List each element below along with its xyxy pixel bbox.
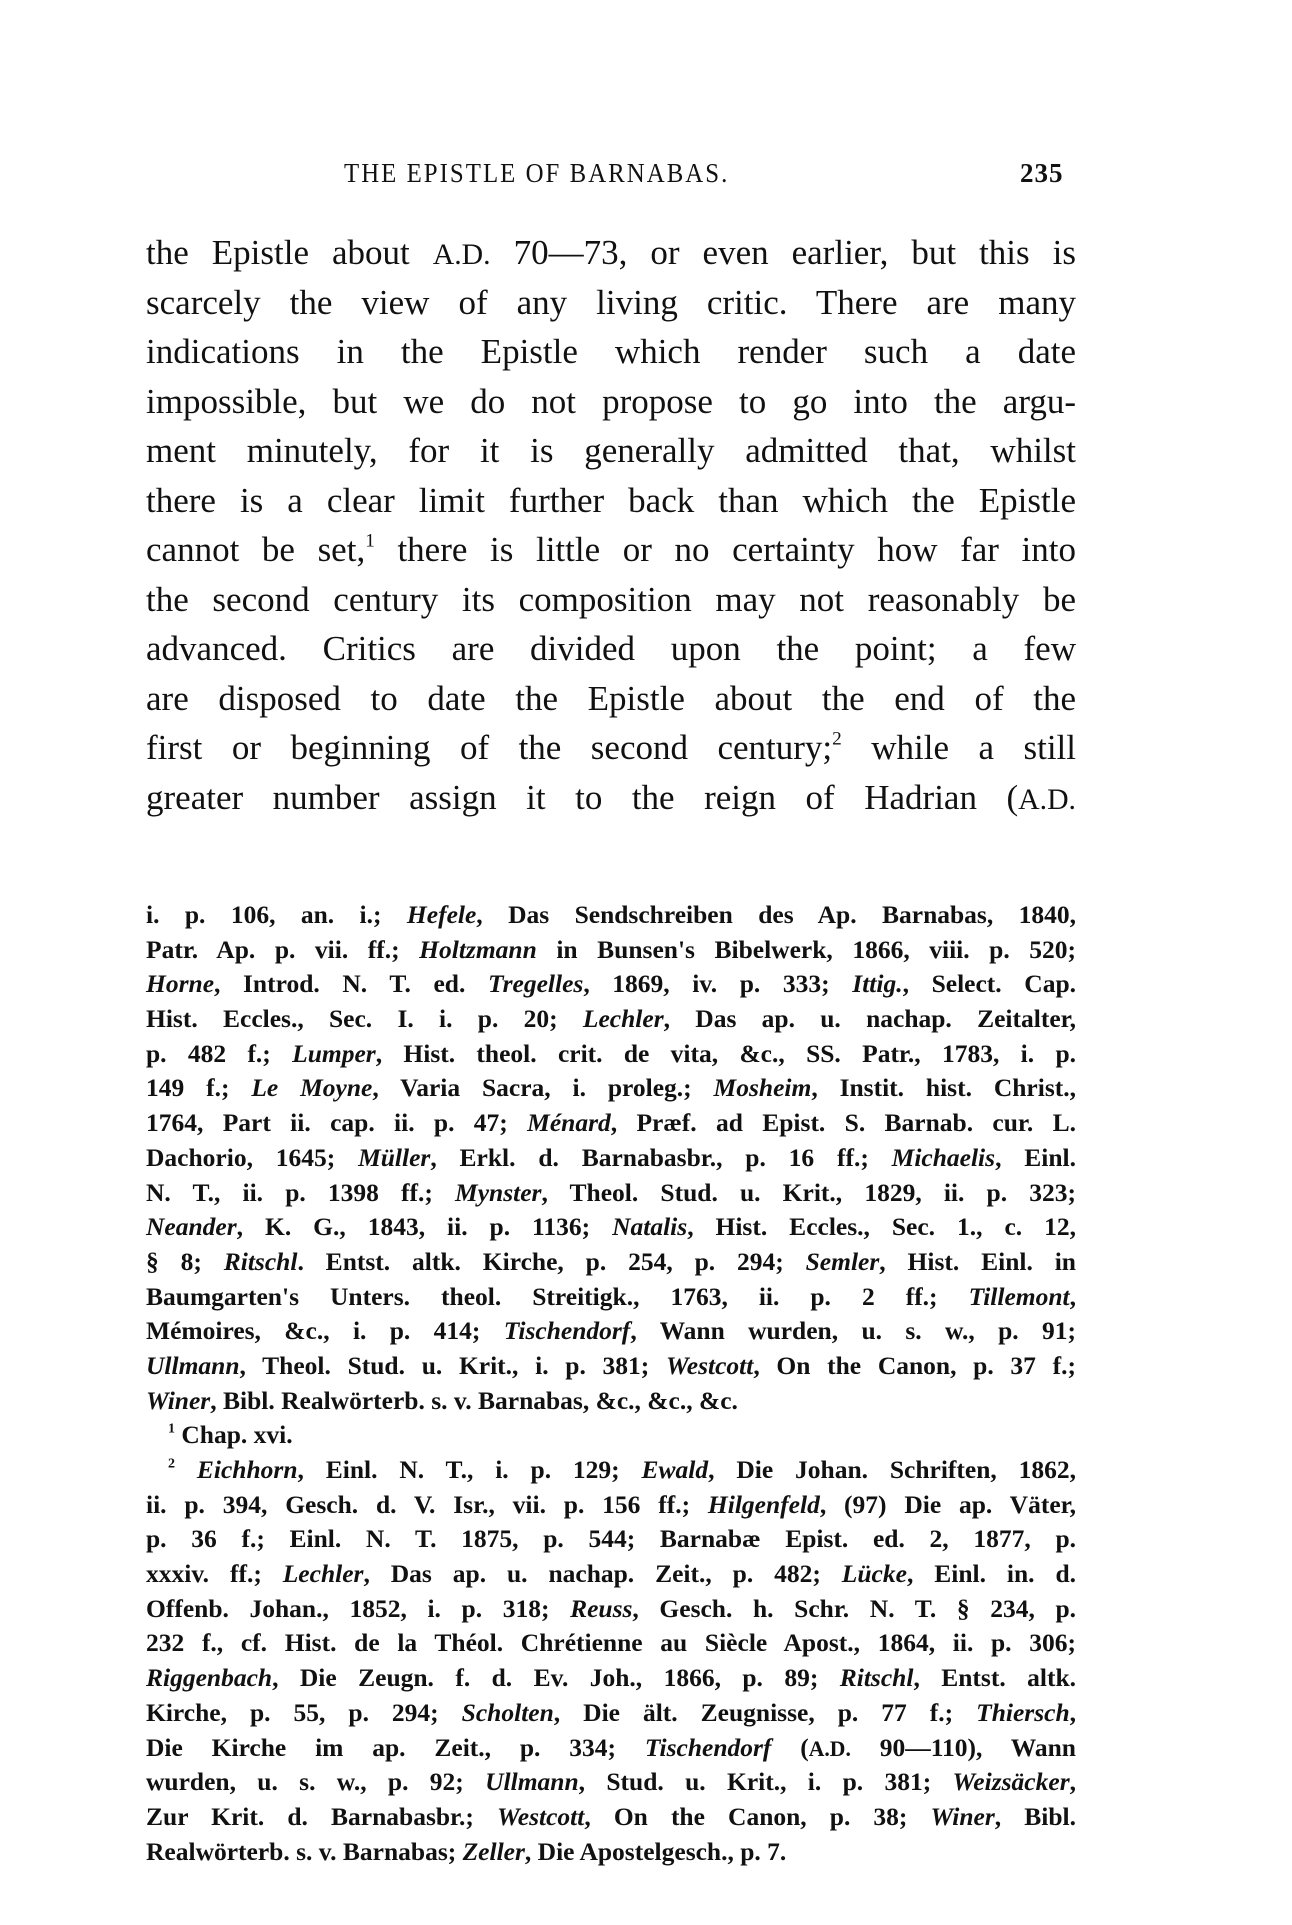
text-run: Mémoires, &c., i. p. 414; (146, 1316, 504, 1345)
body-line: cannot be set,1 there is little or no ce… (146, 525, 1076, 575)
footnote-line: Kirche, p. 55, p. 294; Scholten, Die ält… (146, 1696, 1076, 1731)
text-run: Offenb. Johan., 1852, i. p. 318; (146, 1594, 570, 1623)
author-name: Westcott (497, 1802, 584, 1831)
text-run (175, 1455, 197, 1484)
text-run: Die Kirche im ap. Zeit., p. 334; (146, 1733, 645, 1762)
text-run: p. 36 f.; Einl. N. T. 1875, p. 544; Barn… (146, 1524, 1076, 1553)
text-run: , (97) Die ap. Väter, (820, 1490, 1076, 1519)
footnote-line: Dachorio, 1645; Müller, Erkl. d. Barnaba… (146, 1141, 1076, 1176)
footnote-line: xxxiv. ff.; Lechler, Das ap. u. nachap. … (146, 1557, 1076, 1592)
footnote-line: Offenb. Johan., 1852, i. p. 318; Reuss, … (146, 1592, 1076, 1627)
text-run: , Die ält. Zeugnisse, p. 77 f.; (554, 1698, 976, 1727)
author-name: Scholten (462, 1698, 554, 1727)
text-run: , Das Sendschreiben des Ap. Barnabas, 18… (476, 900, 1076, 929)
footnote-line: wurden, u. s. w., p. 92; Ullmann, Stud. … (146, 1765, 1076, 1800)
author-name: Neander (146, 1212, 237, 1241)
body-line: there is a clear limit further back than… (146, 476, 1076, 526)
body-line: first or beginning of the second century… (146, 723, 1076, 773)
author-name: Le Moyne (251, 1073, 372, 1102)
text-run: there is a clear limit further back than… (146, 481, 1076, 520)
text-run: , (1070, 1767, 1076, 1796)
author-name: Riggenbach (146, 1663, 272, 1692)
text-run: , Die Apostelgesch., p. 7. (525, 1837, 786, 1866)
author-name: Westcott (666, 1351, 753, 1380)
author-name: Thiersch (976, 1698, 1070, 1727)
text-run: 90—110), Wann (851, 1733, 1076, 1762)
text-run: ii. p. 394, Gesch. d. V. Isr., vii. p. 1… (146, 1490, 708, 1519)
text-run: the Epistle about (146, 233, 433, 272)
footnote-line: 1 Chap. xvi. (146, 1418, 1076, 1453)
text-run: 149 f.; (146, 1073, 251, 1102)
footnote-line: p. 36 f.; Einl. N. T. 1875, p. 544; Barn… (146, 1522, 1076, 1557)
text-run: cannot be set, (146, 530, 365, 569)
text-run: Dachorio, 1645; (146, 1143, 358, 1172)
body-line: indications in the Epistle which render … (146, 327, 1076, 377)
text-run: Chap. xvi. (175, 1420, 293, 1449)
footnote-line: Ullmann, Theol. Stud. u. Krit., i. p. 38… (146, 1349, 1076, 1384)
footnote-line: 149 f.; Le Moyne, Varia Sacra, i. proleg… (146, 1071, 1076, 1106)
text-run: there is little or no certainty how far … (375, 530, 1076, 569)
text-run: 70—73, or even earlier, but this is (491, 233, 1076, 272)
text-run: , Præf. ad Epist. S. Barnab. cur. L. (611, 1108, 1076, 1137)
footnote-line: p. 482 f.; Lumper, Hist. theol. crit. de… (146, 1037, 1076, 1072)
author-name: Ewald (642, 1455, 709, 1484)
footnote-marker: 2 (168, 1456, 175, 1471)
body-line: scarcely the view of any living critic. … (146, 278, 1076, 328)
body-line: ment minutely, for it is generally admit… (146, 426, 1076, 476)
text-run: , Gesch. h. Schr. N. T. § 234, p. (632, 1594, 1076, 1623)
text-run: , Einl. in. d. (907, 1559, 1076, 1588)
text-run: . Entst. altk. Kirche, p. 254, p. 294; (297, 1247, 805, 1276)
author-name: Reuss (570, 1594, 632, 1623)
text-run: , Bibl. Realwörterb. s. v. Barnabas, &c.… (210, 1386, 738, 1415)
text-run: , Varia Sacra, i. proleg.; (372, 1073, 713, 1102)
text-run: N. T., ii. p. 1398 ff.; (146, 1178, 455, 1207)
text-run: , On the Canon, p. 37 f.; (753, 1351, 1076, 1380)
footnote-line: Neander, K. G., 1843, ii. p. 1136; Natal… (146, 1210, 1076, 1245)
text-run: , Select. Cap. (903, 969, 1076, 998)
text-run: , Erkl. d. Barnabasbr., p. 16 ff.; (430, 1143, 891, 1172)
page-number: 235 (1020, 158, 1064, 189)
text-run: Zur Krit. d. Barnabasbr.; (146, 1802, 497, 1831)
author-name: Ittig. (852, 969, 902, 998)
body-line: the second century its composition may n… (146, 575, 1076, 625)
text-run: indications in the Epistle which render … (146, 332, 1076, 371)
author-name: Horne (146, 969, 214, 998)
footnote-marker: 1 (365, 531, 375, 552)
text-run: § 8; (146, 1247, 224, 1276)
text-run: Kirche, p. 55, p. 294; (146, 1698, 462, 1727)
text-run: , Bibl. (995, 1802, 1076, 1831)
text-run: , 1869, iv. p. 333; (583, 969, 852, 998)
footnote-line: N. T., ii. p. 1398 ff.; Mynster, Theol. … (146, 1176, 1076, 1211)
text-run: p. 482 f.; (146, 1039, 292, 1068)
text-run: , Theol. Stud. u. Krit., i. p. 381; (240, 1351, 666, 1380)
author-name: Ritschl (224, 1247, 298, 1276)
text-run: , Wann wurden, u. s. w., p. 91; (630, 1316, 1076, 1345)
text-run: , On the Canon, p. 38; (584, 1802, 930, 1831)
footnote-marker: 1 (168, 1422, 175, 1437)
text-run: xxxiv. ff.; (146, 1559, 283, 1588)
author-name: Lücke (842, 1559, 907, 1588)
text-run: impossible, but we do not propose to go … (146, 382, 1076, 421)
author-name: Michaelis (892, 1143, 995, 1172)
footnote-line: Realwörterb. s. v. Barnabas; Zeller, Die… (146, 1835, 1076, 1870)
author-name: Hilgenfeld (708, 1490, 820, 1519)
era-abbrev: A.D. (1018, 783, 1076, 816)
footnote-line: Riggenbach, Die Zeugn. f. d. Ev. Joh., 1… (146, 1661, 1076, 1696)
text-run: ( (771, 1733, 808, 1762)
author-name: Weizsäcker (953, 1767, 1070, 1796)
footnote-line: 2 Eichhorn, Einl. N. T., i. p. 129; Ewal… (146, 1453, 1076, 1488)
author-name: Mosheim (714, 1073, 812, 1102)
body-line: impossible, but we do not propose to go … (146, 377, 1076, 427)
text-run: are disposed to date the Epistle about t… (146, 679, 1076, 718)
text-run: 232 f., cf. Hist. de la Théol. Chrétienn… (146, 1628, 1076, 1657)
author-name: Tillemont (969, 1282, 1070, 1311)
author-name: Tischendorf (645, 1733, 772, 1762)
text-run: , Hist. Einl. in (879, 1247, 1076, 1276)
text-run: , Das ap. u. nachap. Zeitalter, (664, 1004, 1076, 1033)
text-run: first or beginning of the second century… (146, 728, 832, 767)
author-name: Eichhorn (197, 1455, 298, 1484)
footnote-line: Patr. Ap. p. vii. ff.; Holtzmann in Buns… (146, 933, 1076, 968)
text-run: , Einl. (995, 1143, 1076, 1172)
author-name: Ullmann (146, 1351, 240, 1380)
footnote-line: 1764, Part ii. cap. ii. p. 47; Ménard, P… (146, 1106, 1076, 1141)
footnote-line: Die Kirche im ap. Zeit., p. 334; Tischen… (146, 1731, 1076, 1766)
text-run: scarcely the view of any living critic. … (146, 283, 1076, 322)
era-abbrev: A.D. (809, 1737, 851, 1761)
footnote-line: Baumgarten's Unters. theol. Streitigk., … (146, 1280, 1076, 1315)
footnote-line: ii. p. 394, Gesch. d. V. Isr., vii. p. 1… (146, 1488, 1076, 1523)
author-name: Lechler (283, 1559, 364, 1588)
author-name: Tischendorf (504, 1316, 631, 1345)
text-run: , Die Zeugn. f. d. Ev. Joh., 1866, p. 89… (272, 1663, 840, 1692)
footnote-line: § 8; Ritschl. Entst. altk. Kirche, p. 25… (146, 1245, 1076, 1280)
author-name: Hefele (407, 900, 476, 929)
text-run: , Einl. N. T., i. p. 129; (298, 1455, 642, 1484)
text-run: , Introd. N. T. ed. (214, 969, 488, 998)
author-name: Tregelles (488, 969, 583, 998)
author-name: Holtzmann (419, 935, 537, 964)
text-run: greater number assign it to the reign of… (146, 778, 1018, 817)
text-run: , Hist. Eccles., Sec. 1., c. 12, (687, 1212, 1076, 1241)
text-run: , (1070, 1282, 1076, 1311)
text-run: , Hist. theol. crit. de vita, &c., SS. P… (376, 1039, 1076, 1068)
text-run: , (1070, 1698, 1076, 1727)
body-line: advanced. Critics are divided upon the p… (146, 624, 1076, 674)
text-run: Patr. Ap. p. vii. ff.; (146, 935, 419, 964)
footnote-line: Mémoires, &c., i. p. 414; Tischendorf, W… (146, 1314, 1076, 1349)
text-run: Baumgarten's Unters. theol. Streitigk., … (146, 1282, 969, 1311)
author-name: Lechler (583, 1004, 664, 1033)
main-text-block: the Epistle about A.D. 70—73, or even ea… (146, 228, 1076, 822)
text-run: the second century its composition may n… (146, 580, 1076, 619)
text-run: wurden, u. s. w., p. 92; (146, 1767, 485, 1796)
author-name: Natalis (612, 1212, 687, 1241)
body-line: the Epistle about A.D. 70—73, or even ea… (146, 228, 1076, 278)
author-name: Winer (931, 1802, 995, 1831)
text-run: , Das ap. u. nachap. Zeit., p. 482; (363, 1559, 841, 1588)
era-abbrev: A.D. (433, 238, 491, 271)
author-name: Winer (146, 1386, 210, 1415)
text-run: , Entst. altk. (913, 1663, 1076, 1692)
text-run: , K. G., 1843, ii. p. 1136; (237, 1212, 612, 1241)
text-run: while a still (842, 728, 1076, 767)
text-run: Realwörterb. s. v. Barnabas; (146, 1837, 463, 1866)
author-name: Ullmann (485, 1767, 579, 1796)
author-name: Mynster (455, 1178, 541, 1207)
footnote-line: Horne, Introd. N. T. ed. Tregelles, 1869… (146, 967, 1076, 1002)
running-head-title: THE EPISTLE OF BARNABAS. (344, 158, 729, 189)
text-run: 1764, Part ii. cap. ii. p. 47; (146, 1108, 527, 1137)
footnote-marker: 2 (832, 729, 842, 750)
text-run: ment minutely, for it is generally admit… (146, 431, 1076, 470)
footnote-line: 232 f., cf. Hist. de la Théol. Chrétienn… (146, 1626, 1076, 1661)
text-run: , Die Johan. Schriften, 1862, (708, 1455, 1076, 1484)
text-run: , Theol. Stud. u. Krit., 1829, ii. p. 32… (541, 1178, 1076, 1207)
text-run: in Bunsen's Bibelwerk, 1866, viii. p. 52… (537, 935, 1076, 964)
text-run: advanced. Critics are divided upon the p… (146, 629, 1076, 668)
book-page: THE EPISTLE OF BARNABAS. 235 the Epistle… (0, 0, 1292, 1925)
text-run: Hist. Eccles., Sec. I. i. p. 20; (146, 1004, 583, 1033)
footnote-line: Hist. Eccles., Sec. I. i. p. 20; Lechler… (146, 1002, 1076, 1037)
body-line: are disposed to date the Epistle about t… (146, 674, 1076, 724)
author-name: Ménard (527, 1108, 611, 1137)
text-run: i. p. 106, an. i.; (146, 900, 407, 929)
footnote-line: Zur Krit. d. Barnabasbr.; Westcott, On t… (146, 1800, 1076, 1835)
author-name: Zeller (463, 1837, 525, 1866)
author-name: Müller (358, 1143, 430, 1172)
text-run: , Instit. hist. Christ., (811, 1073, 1076, 1102)
author-name: Lumper (292, 1039, 376, 1068)
author-name: Ritschl (840, 1663, 914, 1692)
footnote-line: Winer, Bibl. Realwörterb. s. v. Barnabas… (146, 1384, 1076, 1419)
text-run: , Stud. u. Krit., i. p. 381; (579, 1767, 953, 1796)
author-name: Semler (806, 1247, 880, 1276)
footnotes-block: i. p. 106, an. i.; Hefele, Das Sendschre… (146, 898, 1076, 1869)
body-line: greater number assign it to the reign of… (146, 773, 1076, 823)
footnote-line: i. p. 106, an. i.; Hefele, Das Sendschre… (146, 898, 1076, 933)
